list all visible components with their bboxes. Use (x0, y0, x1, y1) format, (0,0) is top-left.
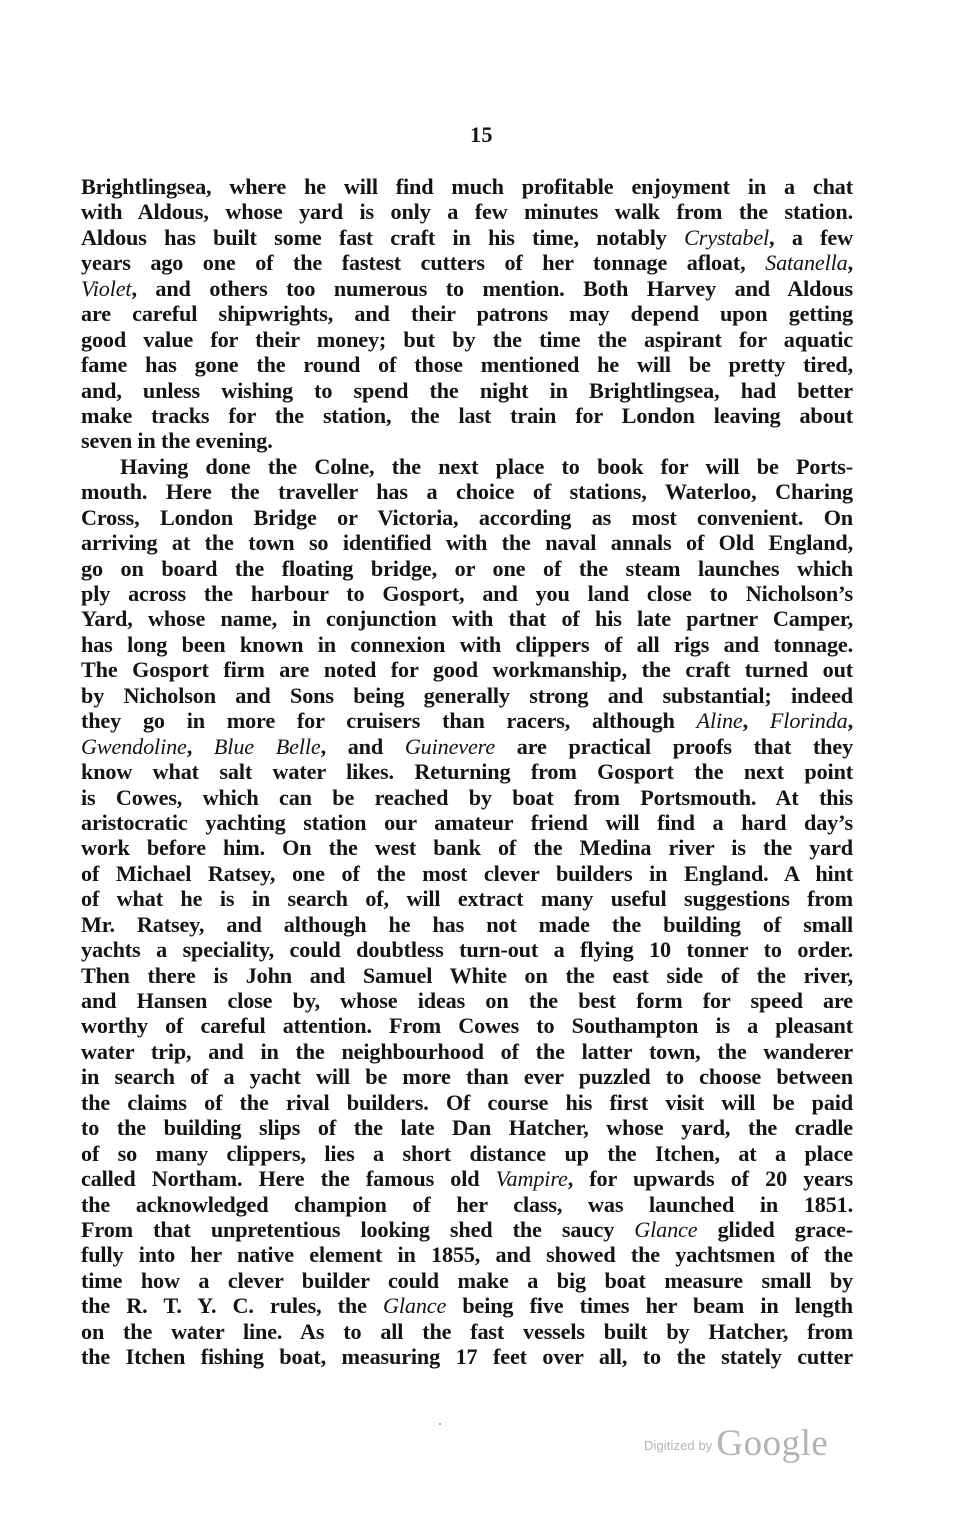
text-run: the Itchen fishing boat, measuring 17 fe… (81, 1344, 853, 1369)
vessel-name: Blue Belle (214, 734, 321, 759)
text-line: and, unless wishing to spend the night i… (81, 378, 853, 403)
text-run: , and others too numerous to mention. Bo… (131, 276, 853, 301)
text-line: they go in more for cruisers than racers… (81, 708, 853, 733)
text-run: of what he is in search of, will extract… (81, 886, 853, 911)
text-run: arriving at the town so identified with … (81, 530, 853, 555)
vessel-name: Crystabel (684, 225, 769, 250)
text-line: Then there is John and Samuel White on t… (81, 963, 853, 988)
text-run: in search of a yacht will be more than e… (81, 1064, 853, 1089)
text-run: , and (321, 734, 405, 759)
text-line: worthy of careful attention. From Cowes … (81, 1013, 853, 1038)
text-line: Having done the Colne, the next place to… (81, 454, 853, 479)
text-run: they go in more for cruisers than racers… (81, 708, 697, 733)
text-run: the acknowledged champion of her class, … (81, 1192, 853, 1217)
text-run: , (848, 250, 853, 275)
text-line: in search of a yacht will be more than e… (81, 1064, 853, 1089)
text-line: the claims of the rival builders. Of cou… (81, 1090, 853, 1115)
text-run: go on board the floating bridge, or one … (81, 556, 853, 581)
text-line: Mr. Ratsey, and although he has not made… (81, 912, 853, 937)
text-run: , (743, 708, 770, 733)
vessel-name: Guinevere (405, 734, 495, 759)
text-run: and, unless wishing to spend the night i… (81, 378, 853, 403)
text-run: Cross, London Bridge or Victoria, accord… (81, 505, 853, 530)
text-line: mouth. Here the traveller has a choice o… (81, 479, 853, 504)
text-run: worthy of careful attention. From Cowes … (81, 1013, 853, 1038)
text-line: are careful shipwrights, and their patro… (81, 301, 853, 326)
text-line: Aldous has built some fast craft in his … (81, 225, 853, 250)
scan-speck (439, 1423, 441, 1425)
text-run: seven in the evening. (81, 428, 273, 453)
text-line: Yard, whose name, in conjunction with th… (81, 606, 853, 631)
text-run: work before him. On the west bank of the… (81, 835, 853, 860)
text-line: is Cowes, which can be reached by boat f… (81, 785, 853, 810)
text-line: of what he is in search of, will extract… (81, 886, 853, 911)
text-run: of Michael Ratsey, one of the most cleve… (81, 861, 853, 886)
text-line: know what salt water likes. Returning fr… (81, 759, 853, 784)
vessel-name: Gwendoline (81, 734, 187, 759)
text-run: Mr. Ratsey, and although he has not made… (81, 912, 853, 937)
text-run: with Aldous, whose yard is only a few mi… (81, 199, 853, 224)
vessel-name: Satanella (765, 250, 847, 275)
text-line: water trip, and in the neighbourhood of … (81, 1039, 853, 1064)
text-run: has long been known in connexion with cl… (81, 632, 853, 657)
text-run: of so many clippers, lies a short distan… (81, 1141, 853, 1166)
text-line: fully into her native element in 1855, a… (81, 1242, 853, 1267)
text-line: The Gosport firm are noted for good work… (81, 657, 853, 682)
text-run: the R. T. Y. C. rules, the (81, 1293, 383, 1318)
text-run: is Cowes, which can be reached by boat f… (81, 785, 853, 810)
text-run: on the water line. As to all the fast ve… (81, 1319, 853, 1344)
text-run: years ago one of the fastest cutters of … (81, 250, 765, 275)
page-number: 15 (0, 121, 963, 149)
text-run: Brightlingsea, where he will find much p… (81, 174, 853, 199)
text-run: aristocratic yachting station our amateu… (81, 810, 853, 835)
text-line: work before him. On the west bank of the… (81, 835, 853, 860)
text-line: Brightlingsea, where he will find much p… (81, 174, 853, 199)
text-line: Cross, London Bridge or Victoria, accord… (81, 505, 853, 530)
text-line: has long been known in connexion with cl… (81, 632, 853, 657)
text-run: fully into her native element in 1855, a… (81, 1242, 853, 1267)
text-run: are practical proofs that they (495, 734, 853, 759)
text-line: good value for their money; but by the t… (81, 327, 853, 352)
text-run: are careful shipwrights, and their patro… (81, 301, 853, 326)
text-run: by Nicholson and Sons being generally st… (81, 683, 853, 708)
text-run: Then there is John and Samuel White on t… (81, 963, 853, 988)
text-run: Having done the Colne, the next place to… (120, 454, 853, 479)
text-run: , (187, 734, 214, 759)
text-run: , for upwards of 20 years (568, 1166, 853, 1191)
text-run: make tracks for the station, the last tr… (81, 403, 853, 428)
text-run: fame has gone the round of those mention… (81, 352, 853, 377)
text-run: mouth. Here the traveller has a choice o… (81, 479, 853, 504)
vessel-name: Violet (81, 276, 131, 301)
text-run: water trip, and in the neighbourhood of … (81, 1039, 853, 1064)
digitized-by-google-watermark: Digitized by Google (644, 1420, 828, 1464)
text-run: the claims of the rival builders. Of cou… (81, 1090, 853, 1115)
text-run: ply across the harbour to Gosport, and y… (81, 581, 853, 606)
text-run: glided grace- (697, 1217, 853, 1242)
text-line: time how a clever builder could make a b… (81, 1268, 853, 1293)
text-run: being five times her beam in length (446, 1293, 853, 1318)
text-run: Aldous has built some fast craft in his … (81, 225, 684, 250)
text-run: good value for their money; but by the t… (81, 327, 853, 352)
text-line: Gwendoline, Blue Belle, and Guinevere ar… (81, 734, 853, 759)
text-line: make tracks for the station, the last tr… (81, 403, 853, 428)
text-line: seven in the evening. (81, 428, 853, 453)
text-line: fame has gone the round of those mention… (81, 352, 853, 377)
text-line: by Nicholson and Sons being generally st… (81, 683, 853, 708)
text-run: , a few (769, 225, 853, 250)
text-line: go on board the floating bridge, or one … (81, 556, 853, 581)
text-run: know what salt water likes. Returning fr… (81, 759, 853, 784)
text-line: yachts a speciality, could doubtless tur… (81, 937, 853, 962)
text-line: on the water line. As to all the fast ve… (81, 1319, 853, 1344)
text-run: , (848, 708, 853, 733)
text-line: ply across the harbour to Gosport, and y… (81, 581, 853, 606)
text-line: From that unpretentious looking shed the… (81, 1217, 853, 1242)
vessel-name: Vampire (496, 1166, 568, 1191)
text-line: of Michael Ratsey, one of the most cleve… (81, 861, 853, 886)
body-text: Brightlingsea, where he will find much p… (81, 174, 853, 1370)
text-run: The Gosport firm are noted for good work… (81, 657, 853, 682)
vessel-name: Florinda (770, 708, 848, 733)
text-line: the R. T. Y. C. rules, the Glance being … (81, 1293, 853, 1318)
vessel-name: Aline (697, 708, 743, 733)
text-run: From that unpretentious looking shed the… (81, 1217, 634, 1242)
text-line: with Aldous, whose yard is only a few mi… (81, 199, 853, 224)
text-line: called Northam. Here the famous old Vamp… (81, 1166, 853, 1191)
text-run: yachts a speciality, could doubtless tur… (81, 937, 853, 962)
text-run: and Hansen close by, whose ideas on the … (81, 988, 853, 1013)
text-line: the Itchen fishing boat, measuring 17 fe… (81, 1344, 853, 1369)
text-line: the acknowledged champion of her class, … (81, 1192, 853, 1217)
google-logo-text: Google (716, 1424, 828, 1464)
text-run: time how a clever builder could make a b… (81, 1268, 853, 1293)
vessel-name: Glance (383, 1293, 446, 1318)
text-line: and Hansen close by, whose ideas on the … (81, 988, 853, 1013)
text-line: of so many clippers, lies a short distan… (81, 1141, 853, 1166)
text-line: to the building slips of the late Dan Ha… (81, 1115, 853, 1140)
text-line: years ago one of the fastest cutters of … (81, 250, 853, 275)
text-line: Violet, and others too numerous to menti… (81, 276, 853, 301)
text-run: Yard, whose name, in conjunction with th… (81, 606, 853, 631)
text-run: to the building slips of the late Dan Ha… (81, 1115, 853, 1140)
watermark-prefix: Digitized by (644, 1438, 712, 1454)
text-line: arriving at the town so identified with … (81, 530, 853, 555)
text-line: aristocratic yachting station our amateu… (81, 810, 853, 835)
text-run: called Northam. Here the famous old (81, 1166, 496, 1191)
vessel-name: Glance (634, 1217, 697, 1242)
